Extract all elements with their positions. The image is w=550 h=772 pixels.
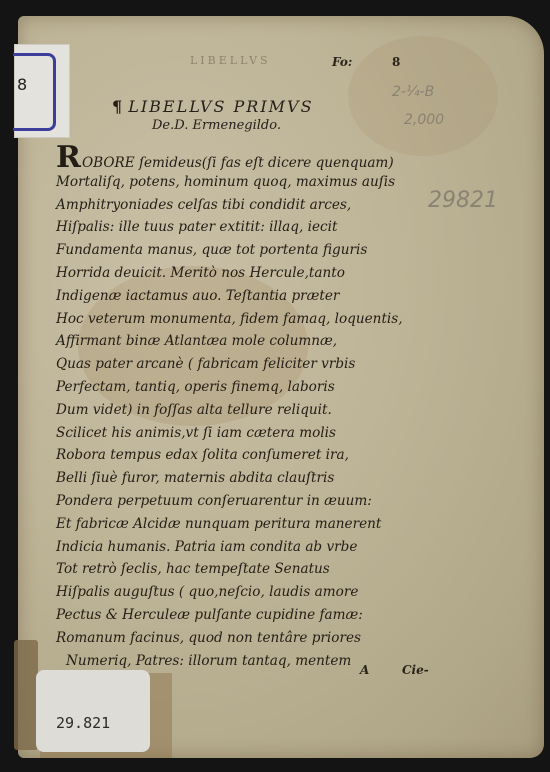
verse-line: Tot retrò ſeclis, hac tempeſtate Senatus: [56, 558, 446, 581]
pilcrow-icon: ¶: [112, 97, 124, 116]
verse-line: Robora tempus edax ſolita conſumeret ira…: [56, 444, 446, 467]
signature-mark: A: [360, 663, 369, 677]
verse-line: Amphitryoniades celſas tibi condidit arc…: [56, 194, 446, 217]
verse-line: Dum videt) in foſſas alta tellure reliqu…: [56, 399, 446, 422]
pencil-shelf-note: 2-¼-B: [392, 84, 434, 100]
verse-line: Hiſpalis: ille tuus pater extitit: illaq…: [56, 216, 446, 239]
verse-line: Quas pater arcanè ( fabricam feliciter v…: [56, 353, 446, 376]
verse-block: ROBORE ſemideus(ſi fas eſt dicere quenqu…: [56, 148, 446, 672]
verse-text: OBORE ſemideus(ſi fas eſt dicere quenqua…: [82, 155, 394, 171]
shelfmark-number: 29.821: [56, 714, 110, 732]
running-head-bleedthrough: LIBELLVS: [190, 54, 271, 67]
subheading: De.D. Ermenegildo.: [152, 118, 281, 133]
verse-line: Indicia humanis. Patria iam condita ab v…: [56, 536, 446, 559]
verse-line: Fundamenta manus, quæ tot portenta figur…: [56, 239, 446, 262]
spine-edge: [14, 640, 38, 750]
verse-line: Belli ſiuè furor, maternis abdita clauſt…: [56, 467, 446, 490]
verse-line: Perfectam, tantiq, operis finemq, labori…: [56, 376, 446, 399]
book-heading: ¶LIBELLVS PRIMVS: [112, 97, 314, 116]
catchword: Cie-: [402, 663, 429, 677]
verse-line: Affirmant binæ Atlantæa mole columnæ,: [56, 330, 446, 353]
spine-label: 8: [14, 44, 70, 138]
verse-line: ROBORE ſemideus(ſi fas eſt dicere quenqu…: [56, 148, 446, 171]
spine-label-number: 8: [17, 75, 27, 94]
verse-line: Hoc veterum monumenta, fidem famaq, loqu…: [56, 308, 446, 331]
verse-line: Scilicet his animis,vt ſi iam cætera mol…: [56, 422, 446, 445]
verse-line: Indigenæ iactamus auo. Teſtantia præter: [56, 285, 446, 308]
folio-number: 8: [392, 55, 400, 69]
verse-line: Et fabricæ Alcidæ nunquam peritura maner…: [56, 513, 446, 536]
folio-label: Fo:: [332, 55, 352, 69]
heading-text: LIBELLVS PRIMVS: [128, 97, 313, 116]
pencil-price-note: 2,000: [404, 112, 444, 128]
verse-line: Romanum facinus, quod non tentâre priore…: [56, 627, 446, 650]
verse-line: Horrida deuicit. Meritò nos Hercule,tant…: [56, 262, 446, 285]
shelfmark-label: 29.821: [36, 670, 150, 752]
verse-line: Pectus & Herculeæ pulſante cupidine famæ…: [56, 604, 446, 627]
drop-cap: R: [56, 140, 81, 175]
verse-line: Pondera perpetuum conſeruarentur in æuum…: [56, 490, 446, 513]
verse-line: Hiſpalis auguſtus ( quo,neſcio, laudis a…: [56, 581, 446, 604]
verse-line: Numeriq, Patres: illorum tantaq, mentem: [56, 650, 446, 673]
verse-line: Mortaliſq, potens, hominum quoq, maximus…: [56, 171, 446, 194]
